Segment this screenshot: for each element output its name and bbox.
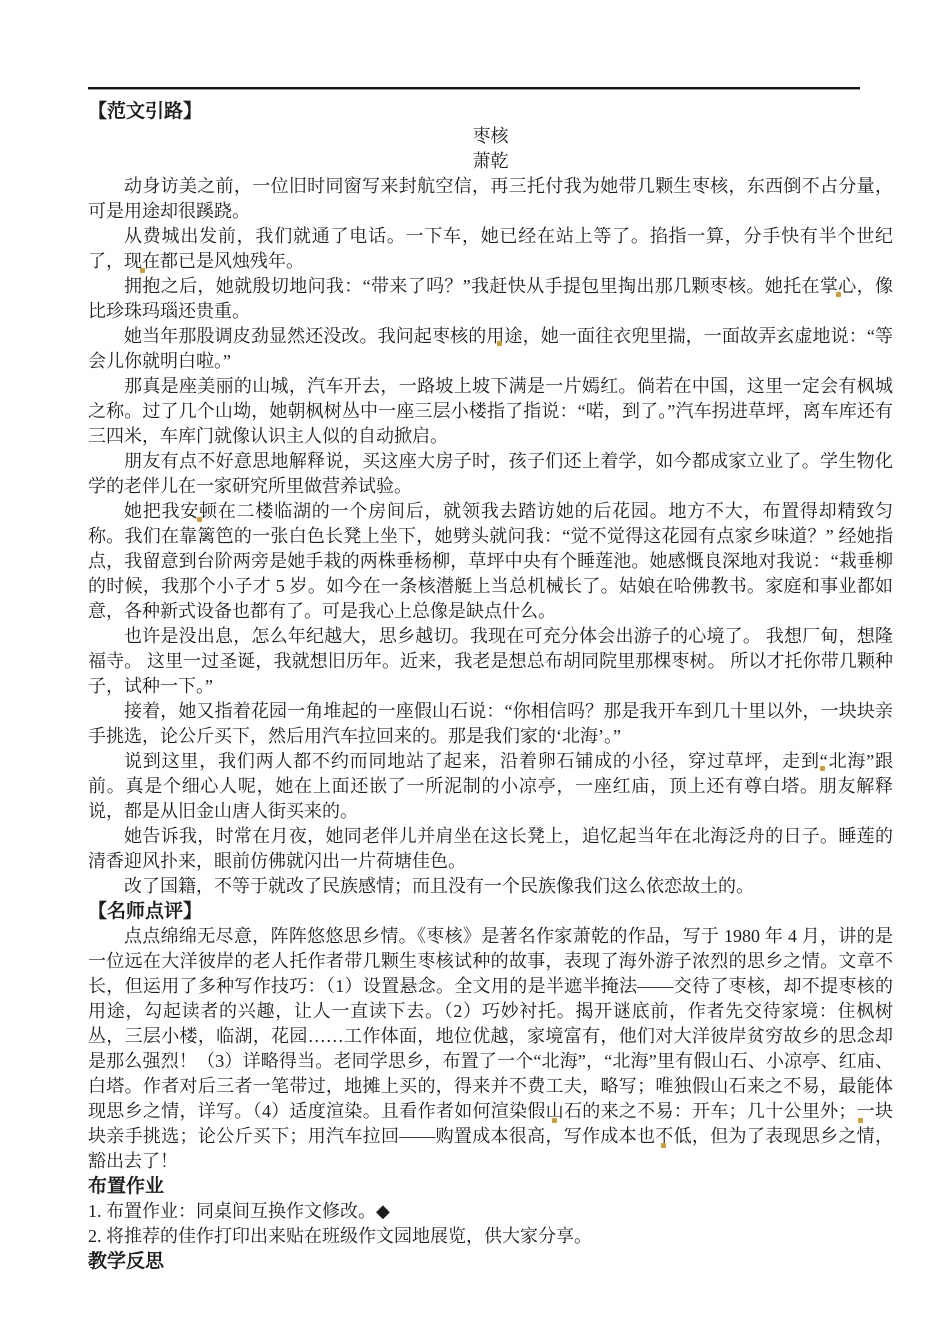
spellcheck-mark [497,341,502,346]
section-label-fanwen-yinlu: 【范文引路】 [88,99,893,124]
section-label-mingshi-dianping: 【名师点评】 [88,899,893,924]
essay-paragraph: 她把我安顿在二楼临湖的一个房间后，就领我去踏访她的后花园。地方不大，布置得却精致… [88,499,893,624]
essay-author: 萧乾 [88,149,893,174]
document-page: 【范文引路】 枣核 萧乾 动身访美之前，一位旧时同窗写来封航空信，再三托付我为她… [0,0,950,1344]
essay-title: 枣核 [88,124,893,149]
spellcheck-mark [836,292,841,297]
essay-paragraph: 从费城出发前，我们就通了电话。一下车，她已经在站上等了。掐指一算，分手快有半个世… [88,224,893,274]
essay-paragraph: 也许是没出息，怎么年纪越大，思乡越切。我现在可充分体会出游子的心境了。 我想厂甸… [88,624,893,699]
essay-paragraph: 她当年那股调皮劲显然还没改。我问起枣核的用途，她一面往衣兜里揣，一面故弄玄虚地说… [88,324,893,374]
essay-paragraph: 动身访美之前，一位旧时同窗写来封航空信，再三托付我为她带几颗生枣核，东西倒不占分… [88,174,893,224]
spellcheck-mark [197,517,202,522]
spellcheck-mark [552,1118,557,1123]
document-content: 【范文引路】 枣核 萧乾 动身访美之前，一位旧时同窗写来封航空信，再三托付我为她… [88,0,893,1274]
spellcheck-mark [140,268,145,273]
commentary-paragraph: 点点绵绵无尽意，阵阵悠悠思乡情。《枣核》是著名作家萧乾的作品，写于 1980 年… [88,924,893,1174]
essay-paragraph: 说到这里，我们两人都不约而同地站了起来，沿着卵石铺成的小径，穿过草坪，走到“北海… [88,749,893,824]
homework-item: 2. 将推荐的佳作打印出来贴在班级作文园地展览，供大家分享。 [88,1224,893,1249]
homework-heading: 布置作业 [88,1174,893,1199]
header-rule [88,87,860,90]
essay-paragraph: 拥抱之后，她就殷切地问我：“带来了吗？”我赶快从手提包里掏出那几颗枣核。她托在掌… [88,274,893,324]
essay-paragraph: 改了国籍，不等于就改了民族感情；而且没有一个民族像我们这么依恋故土的。 [88,874,893,899]
essay-paragraph: 接着，她又指着花园一角堆起的一座假山石说：“你相信吗？那是我开车到几十里以外，一… [88,699,893,749]
essay-paragraph: 她告诉我，时常在月夜，她同老伴儿并肩坐在这长凳上，追忆起当年在北海泛舟的日子。睡… [88,824,893,874]
essay-paragraph: 那真是座美丽的山城，汽车开去，一路坡上坡下满是一片嫣红。倘若在中国，这里一定会有… [88,374,893,449]
reflection-heading: 教学反思 [88,1249,893,1274]
spellcheck-mark [820,766,825,771]
spellcheck-mark [858,1118,863,1123]
essay-paragraph: 朋友有点不好意思地解释说，买这座大房子时，孩子们还上着学，如今都成家立业了。学生… [88,449,893,499]
homework-item: 1. 布置作业：同桌间互换作文修改。◆ [88,1199,893,1224]
spellcheck-mark [661,1143,666,1148]
